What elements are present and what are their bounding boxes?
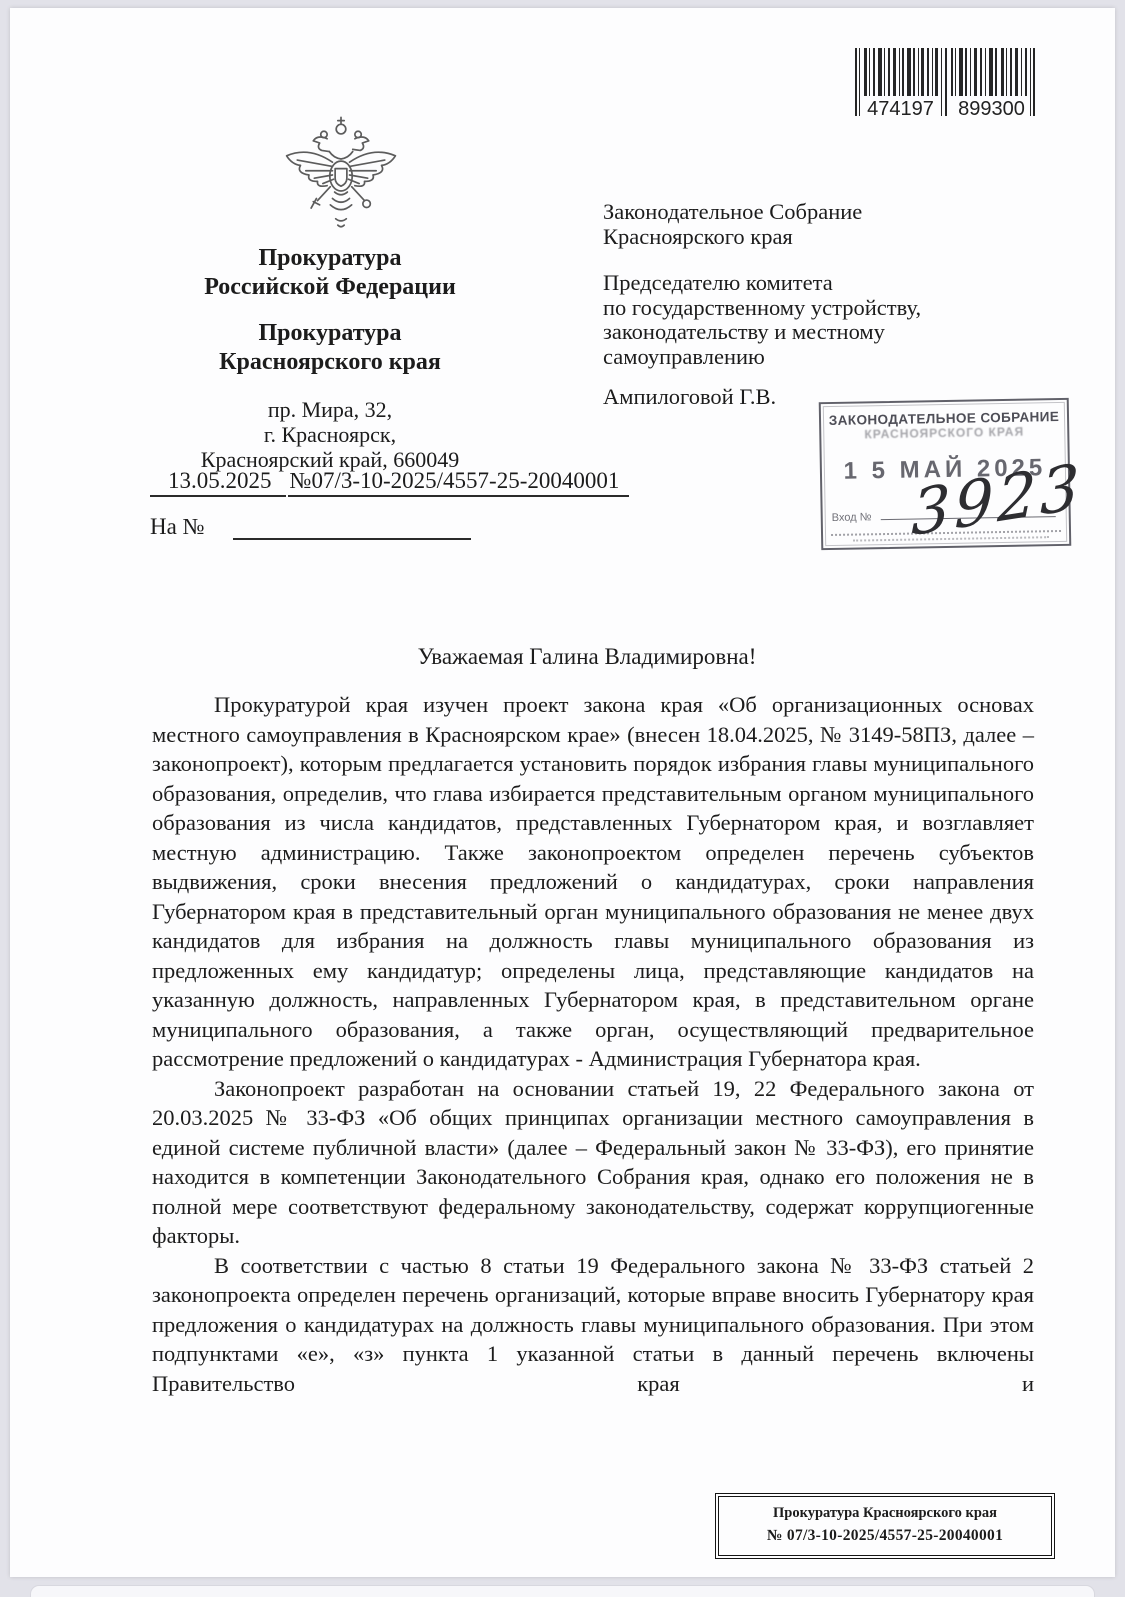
body-paragraph: Законопроект разработан на основании ста… bbox=[152, 1074, 1034, 1251]
org-name-federal-line2: Российской Федерации bbox=[140, 273, 520, 302]
recipient-org-line: Красноярского края bbox=[603, 225, 1033, 250]
handwritten-entry-number: 3923 bbox=[911, 449, 1084, 550]
stamp-org-line2: КРАСНОЯРСКОГО КРАЯ bbox=[821, 424, 1067, 442]
org-name-regional-line1: Прокуратура bbox=[140, 319, 520, 348]
barcode-digits-left: 474197 bbox=[855, 98, 946, 124]
recipient-position-line: законодательству и местному bbox=[603, 320, 1033, 345]
recipient-block: Законодательное Собрание Красноярского к… bbox=[603, 200, 1033, 410]
letter-date: 13.05.2025 bbox=[150, 468, 286, 497]
reference-blank-line bbox=[233, 516, 471, 540]
letter-number: №07/3-10-2025/4557-25-20040001 bbox=[288, 468, 630, 497]
footer-registration-stamp: Прокуратура Красноярского края № 07/3-10… bbox=[715, 1493, 1055, 1559]
document-page: 474197 899300 bbox=[10, 8, 1115, 1577]
barcode-digits-right: 899300 bbox=[946, 98, 1037, 124]
stamp-org-line1: ЗАКОНОДАТЕЛЬНОЕ СОБРАНИЕ bbox=[821, 409, 1067, 428]
reference-label: На № bbox=[150, 514, 205, 539]
barcode: 474197 899300 bbox=[855, 48, 1037, 134]
org-name-federal-line1: Прокуратура bbox=[140, 244, 520, 273]
next-page-edge bbox=[30, 1585, 1095, 1597]
body-paragraph: Прокуратурой края изучен проект закона к… bbox=[152, 690, 1034, 1074]
salutation: Уважаемая Галина Владимировна! bbox=[142, 644, 1032, 670]
recipient-position-line: по государственному устройству, bbox=[603, 296, 1033, 321]
recipient-position-line: самоуправлению bbox=[603, 345, 1033, 370]
recipient-org-line: Законодательное Собрание bbox=[603, 200, 1033, 225]
incoming-stamp: ЗАКОНОДАТЕЛЬНОЕ СОБРАНИЕ КРАСНОЯРСКОГО К… bbox=[819, 398, 1072, 550]
footer-stamp-org: Прокуратура Красноярского края bbox=[719, 1505, 1051, 1522]
address-line: г. Красноярск, bbox=[140, 422, 520, 447]
body-paragraph: В соответствии с частью 8 статьи 19 Феде… bbox=[152, 1251, 1034, 1399]
reference-number-row: На № bbox=[150, 514, 471, 540]
scanned-letter-viewer: { "page": { "barcode": { "left_digits": … bbox=[0, 0, 1125, 1597]
letter-body: Прокуратурой края изучен проект закона к… bbox=[152, 690, 1034, 1398]
letterhead: Прокуратура Российской Федерации Прокура… bbox=[140, 244, 520, 472]
recipient-position-line: Председателю комитета bbox=[603, 271, 1033, 296]
footer-stamp-number: № 07/3-10-2025/4557-25-20040001 bbox=[719, 1527, 1051, 1545]
org-name-regional-line2: Красноярского края bbox=[140, 348, 520, 377]
address-line: пр. Мира, 32, bbox=[140, 397, 520, 422]
coat-of-arms-icon bbox=[277, 116, 405, 239]
stamp-entry-label: Вход № bbox=[832, 511, 872, 524]
outgoing-date-number-row: 13.05.2025№07/3-10-2025/4557-25-20040001 bbox=[150, 468, 670, 497]
